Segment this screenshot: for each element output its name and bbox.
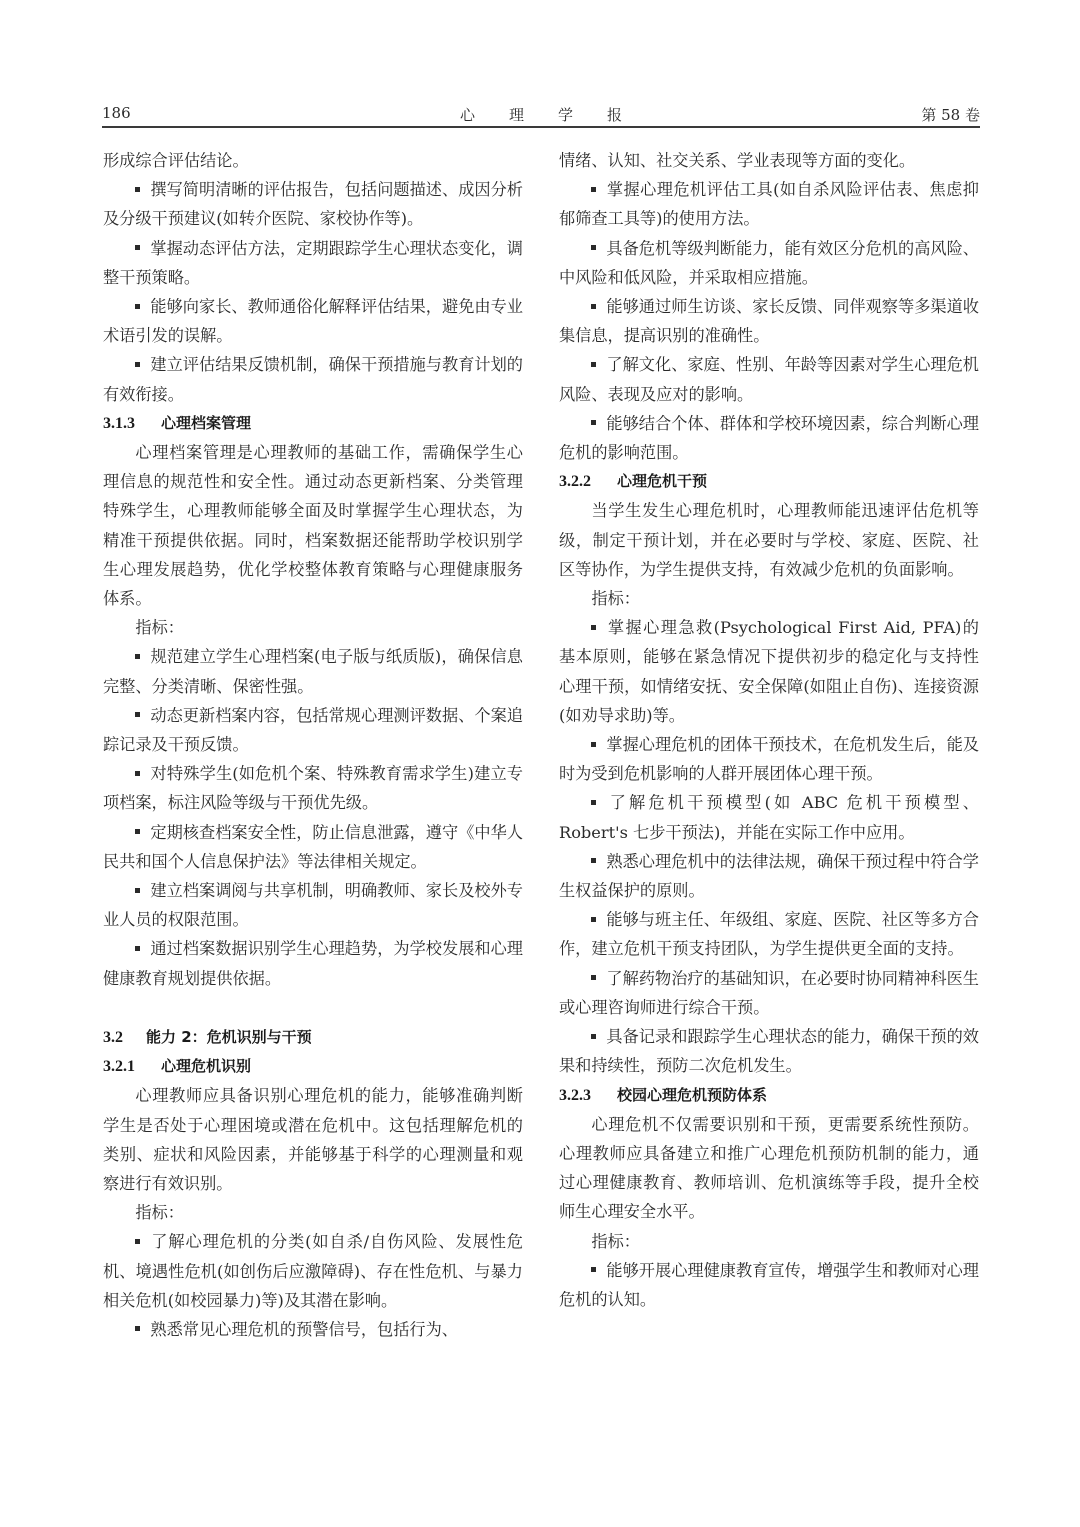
journal-title: 心理学报 xyxy=(102,104,980,125)
bullet-item: 定期核查档案安全性，防止信息泄露，遵守《中华人民共和国个人信息保护法》等法律相关… xyxy=(103,818,523,876)
bullet-icon xyxy=(591,858,596,863)
paragraph: 心理危机不仅需要识别和干预，更需要系统性预防。心理教师应具备建立和推广心理危机预… xyxy=(559,1110,979,1227)
bullet-icon xyxy=(135,654,140,659)
continuation-text: 形成综合评估结论。 xyxy=(103,146,523,175)
bullet-item: 能够结合个体、群体和学校环境因素，综合判断心理危机的影响范围。 xyxy=(559,409,979,467)
bullet-item: 掌握心理危机评估工具(如自杀风险评估表、焦虑抑郁筛查工具等)的使用方法。 xyxy=(559,175,979,233)
bullet-item: 建立评估结果反馈机制，确保干预措施与教育计划的有效衔接。 xyxy=(103,350,523,408)
bullet-item: 撰写简明清晰的评估报告，包括问题描述、成因分析及分级干预建议(如转介医院、家校协… xyxy=(103,175,523,233)
bullet-item: 了解心理危机的分类(如自杀/自伤风险、发展性危机、境遇性危机(如创伤后应激障碍)… xyxy=(103,1227,523,1315)
bullet-item: 规范建立学生心理档案(电子版与纸质版)，确保信息完整、分类清晰、保密性强。 xyxy=(103,642,523,700)
section-heading-3-2-3: 3.2.3校园心理危机预防体系 xyxy=(559,1081,979,1110)
bullet-item: 具备危机等级判断能力，能有效区分危机的高风险、中风险和低风险，并采取相应措施。 xyxy=(559,234,979,292)
bullet-icon xyxy=(135,304,140,309)
bullet-icon xyxy=(135,946,140,951)
bullet-item: 具备记录和跟踪学生心理状态的能力，确保干预的效果和持续性，预防二次危机发生。 xyxy=(559,1022,979,1080)
bullet-item: 了解危机干预模型(如 ABC 危机干预模型、Robert's 七步干预法)，并能… xyxy=(559,788,979,846)
running-header: 186 心理学报 第 58 卷 xyxy=(102,100,980,128)
bullet-icon xyxy=(591,625,596,630)
paragraph: 心理档案管理是心理教师的基础工作，需确保学生心理信息的规范性和安全性。通过动态更… xyxy=(103,438,523,613)
bullet-icon xyxy=(135,1239,140,1244)
bullet-item: 动态更新档案内容，包括常规心理测评数据、个案追踪记录及干预反馈。 xyxy=(103,701,523,759)
indicators-label: 指标： xyxy=(559,584,979,613)
bullet-icon xyxy=(591,362,596,367)
bullet-icon xyxy=(135,888,140,893)
bullet-item: 能够向家长、教师通俗化解释评估结果，避免由专业术语引发的误解。 xyxy=(103,292,523,350)
bullet-item: 能够与班主任、年级组、家庭、医院、社区等多方合作，建立危机干预支持团队，为学生提… xyxy=(559,905,979,963)
bullet-item: 了解文化、家庭、性别、年龄等因素对学生心理危机风险、表现及应对的影响。 xyxy=(559,350,979,408)
bullet-item: 熟悉心理危机中的法律法规，确保干预过程中符合学生权益保护的原则。 xyxy=(559,847,979,905)
bullet-icon xyxy=(591,800,596,805)
bullet-icon xyxy=(591,304,596,309)
bullet-item: 对特殊学生(如危机个案、特殊教育需求学生)建立专项档案，标注风险等级与干预优先级… xyxy=(103,759,523,817)
bullet-item: 能够通过师生访谈、家长反馈、同伴观察等多渠道收集信息，提高识别的准确性。 xyxy=(559,292,979,350)
volume-label: 第 58 卷 xyxy=(921,104,980,125)
bullet-icon xyxy=(591,420,596,425)
bullet-icon xyxy=(591,1034,596,1039)
bullet-item: 掌握心理危机的团体干预技术，在危机发生后，能及时为受到危机影响的人群开展团体心理… xyxy=(559,730,979,788)
bullet-icon xyxy=(591,917,596,922)
bullet-icon xyxy=(135,187,140,192)
bullet-icon xyxy=(135,712,140,717)
bullet-item: 掌握心理急救(Psychological First Aid, PFA)的基本原… xyxy=(559,613,979,730)
indicators-label: 指标： xyxy=(559,1227,979,1256)
left-column: 形成综合评估结论。 撰写简明清晰的评估报告，包括问题描述、成因分析及分级干预建议… xyxy=(103,146,523,1344)
indicators-label: 指标： xyxy=(103,613,523,642)
indicators-label: 指标： xyxy=(103,1198,523,1227)
bullet-item: 能够开展心理健康教育宣传，增强学生和教师对心理危机的认知。 xyxy=(559,1256,979,1314)
bullet-item: 了解药物治疗的基础知识，在必要时协同精神科医生或心理咨询师进行综合干预。 xyxy=(559,964,979,1022)
bullet-icon xyxy=(591,742,596,747)
bullet-item: 通过档案数据识别学生心理趋势，为学校发展和心理健康教育规划提供依据。 xyxy=(103,934,523,992)
bullet-icon xyxy=(135,1326,140,1331)
paragraph: 心理教师应具备识别心理危机的能力，能够准确判断学生是否处于心理困境或潜在危机中。… xyxy=(103,1081,523,1198)
bullet-icon xyxy=(591,975,596,980)
bullet-icon xyxy=(135,829,140,834)
bullet-icon xyxy=(135,245,140,250)
bullet-icon xyxy=(135,362,140,367)
section-heading-3-2-2: 3.2.2心理危机干预 xyxy=(559,467,979,496)
bullet-item: 掌握动态评估方法，定期跟踪学生心理状态变化，调整干预策略。 xyxy=(103,234,523,292)
bullet-icon xyxy=(591,1267,596,1272)
bullet-item: 建立档案调阅与共享机制，明确教师、家长及校外专业人员的权限范围。 xyxy=(103,876,523,934)
right-column: 情绪、认知、社交关系、学业表现等方面的变化。 掌握心理危机评估工具(如自杀风险评… xyxy=(559,146,979,1314)
bullet-icon xyxy=(591,245,596,250)
bullet-icon xyxy=(135,771,140,776)
paragraph: 当学生发生心理危机时，心理教师能迅速评估危机等级，制定干预计划，并在必要时与学校… xyxy=(559,496,979,584)
section-heading-3-2-1: 3.2.1心理危机识别 xyxy=(103,1052,523,1081)
section-heading-3-1-3: 3.1.3心理档案管理 xyxy=(103,409,523,438)
bullet-icon xyxy=(591,187,596,192)
section-heading-3-2: 3.2能力 2：危机识别与干预 xyxy=(103,1023,523,1052)
continuation-text: 情绪、认知、社交关系、学业表现等方面的变化。 xyxy=(559,146,979,175)
bullet-item: 熟悉常见心理危机的预警信号，包括行为、 xyxy=(103,1315,523,1344)
